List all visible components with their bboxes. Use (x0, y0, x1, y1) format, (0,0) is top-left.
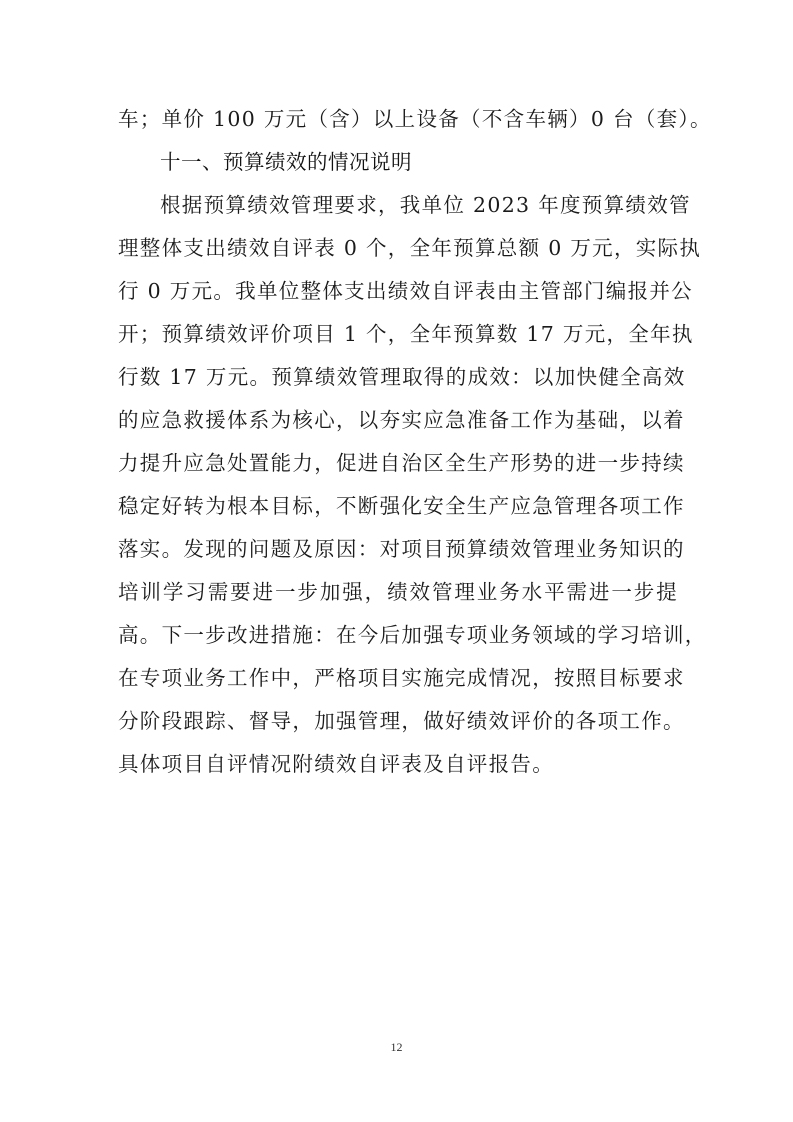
paragraph-line: 理整体支出绩效自评表 0 个，全年预算总额 0 万元，实际执 (118, 236, 678, 260)
paragraph-line: 分阶段跟踪、督导，加强管理，做好绩效评价的各项工作。 (118, 709, 678, 733)
paragraph-line: 行数 17 万元。预算绩效管理取得的成效：以加快健全高效 (118, 365, 678, 389)
paragraph-line: 行 0 万元。我单位整体支出绩效自评表由主管部门编报并公 (118, 279, 678, 303)
paragraph-line: 的应急救援体系为核心，以夯实应急准备工作为基础，以着 (118, 408, 678, 432)
paragraph-line: 落实。发现的问题及原因：对项目预算绩效管理业务知识的 (118, 537, 678, 561)
paragraph-line-equipment: 车；单价 100 万元（含）以上设备（不含车辆）0 台（套）。 (118, 107, 678, 131)
paragraph-line: 力提升应急处置能力，促进自治区全生产形势的进一步持续 (118, 451, 678, 475)
document-page: 车；单价 100 万元（含）以上设备（不含车辆）0 台（套）。 十一、预算绩效的… (0, 0, 793, 1122)
paragraph-line: 根据预算绩效管理要求，我单位 2023 年度预算绩效管 (160, 193, 678, 217)
paragraph-line: 稳定好转为根本目标，不断强化安全生产应急管理各项工作 (118, 494, 678, 518)
page-number: 12 (0, 1040, 793, 1055)
paragraph-line: 培训学习需要进一步加强，绩效管理业务水平需进一步提 (118, 580, 678, 604)
paragraph-line: 具体项目自评情况附绩效自评表及自评报告。 (118, 752, 678, 776)
paragraph-line: 在专项业务工作中，严格项目实施完成情况，按照目标要求 (118, 666, 678, 690)
section-heading: 十一、预算绩效的情况说明 (160, 150, 412, 174)
paragraph-line: 高。下一步改进措施：在今后加强专项业务领域的学习培训， (118, 623, 678, 647)
paragraph-line: 开；预算绩效评价项目 1 个，全年预算数 17 万元，全年执 (118, 322, 678, 346)
